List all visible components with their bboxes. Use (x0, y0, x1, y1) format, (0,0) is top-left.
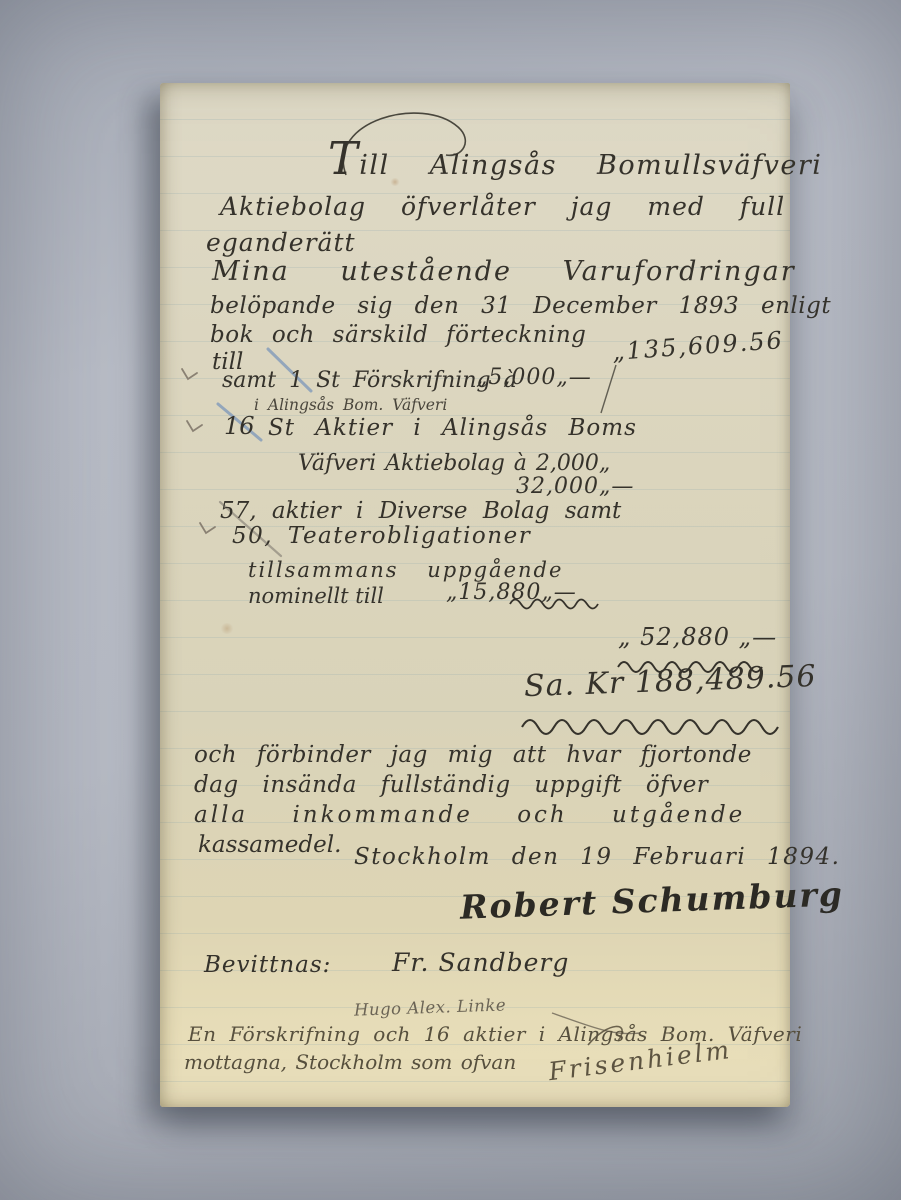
bonds-line-3: nominellt till (248, 585, 384, 608)
closing-line-2: dag insända fullständig uppgift öfver (194, 773, 708, 798)
photograph-of-letter: Till Alingsås Bomullsväfveri Aktiebolag … (0, 0, 901, 1200)
subtotal-amount: „ 52,880 „— (618, 624, 777, 650)
note-amount: „5,000„— (476, 366, 592, 390)
margin-check-mark-1 (182, 369, 197, 379)
shares-line-2: Väfveri Aktiebolag à 2,000„ (298, 452, 610, 476)
stray-pen-stroke (601, 365, 616, 413)
dateline: Stockholm den 19 Februari 1894. (354, 845, 840, 870)
margin-check-mark-2 (187, 421, 202, 431)
shares-amount: 32,000„— (516, 475, 634, 499)
intro-line-1: Aktiebolag öfverlåter jag med full (220, 193, 785, 221)
closing-line-1: och förbinder jag mig att hvar fjortonde (194, 743, 752, 768)
margin-check-mark-3 (200, 523, 215, 533)
shares-line: St Aktier i Alingsås Boms (268, 416, 637, 441)
closing-line-4: kassamedel. (198, 833, 341, 858)
claims-line-1: Mina utestående Varufordringar (212, 257, 796, 287)
shares-count: 16 (224, 413, 255, 439)
bonds-line: 50, Teaterobligationer (232, 524, 531, 549)
claims-line-2: belöpande sig den 31 December 1893 enlig… (210, 294, 831, 319)
witness-label: Bevittnas: (204, 953, 331, 978)
witness-signature-sandberg: Fr. Sandberg (392, 949, 569, 977)
receipt-line-2: mottagna, Stockholm som ofvan (184, 1051, 516, 1073)
paper-sheet: Till Alingsås Bomullsväfveri Aktiebolag … (160, 83, 790, 1107)
bonds-amount: „15,880„— (446, 581, 577, 605)
closing-line-3: alla inkommande och utgående (194, 803, 745, 828)
misc-shares-line: 57, aktier i Diverse Bolag samt (220, 499, 621, 524)
note-subline: i Alingsås Bom. Väfveri (254, 397, 447, 414)
note-line: samt 1 St Förskrifning à (222, 369, 517, 393)
heading-line: Till Alingsås Bomullsväfveri (328, 135, 822, 184)
claims-line-3: bok och särskild förteckning (210, 323, 586, 348)
wavy-underline-total (522, 720, 778, 734)
intro-line-2: eganderätt (206, 229, 356, 257)
bonds-line-2: tillsammans uppgående (248, 559, 563, 582)
